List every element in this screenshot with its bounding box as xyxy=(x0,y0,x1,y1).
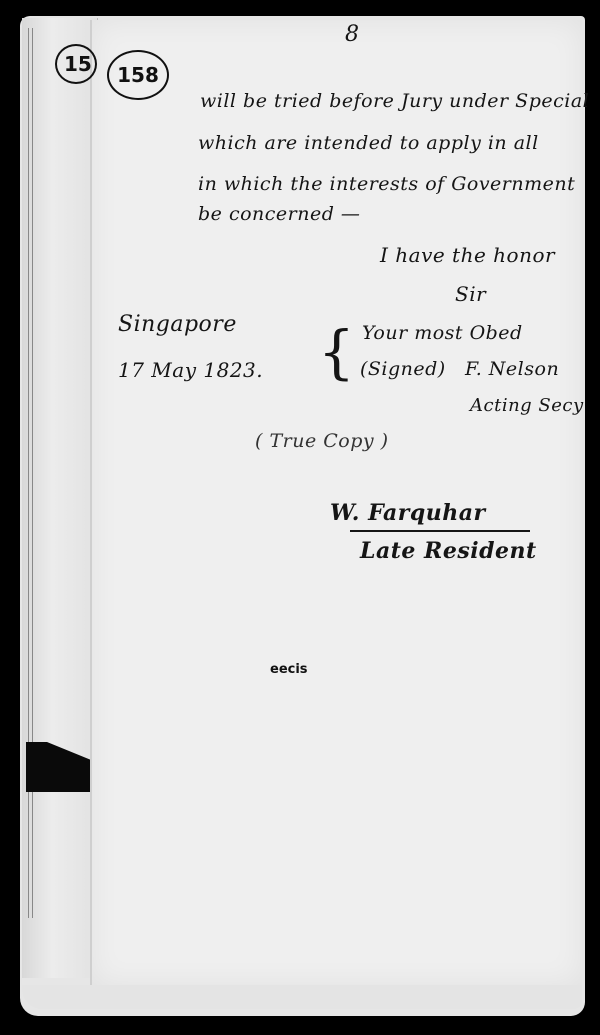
body-line-2: which are intended to apply in all xyxy=(198,132,539,154)
closing-honor: I have the honor xyxy=(380,243,555,267)
signed-label: (Signed) xyxy=(360,358,446,380)
attestation-signature: W. Farquhar xyxy=(330,500,486,526)
folio-number-front: 158 xyxy=(107,50,169,100)
signatory-name: F. Nelson xyxy=(465,358,559,380)
true-copy-note: ( True Copy ) xyxy=(255,430,389,452)
body-line-1: will be tried before Jury under Special xyxy=(200,90,589,112)
bottom-page-edge xyxy=(22,985,582,1009)
folio-number-back: 15 xyxy=(55,44,97,84)
signature-underline xyxy=(350,530,530,532)
body-line-4: be concerned — xyxy=(198,203,360,225)
body-line-3: in which the interests of Government xyxy=(198,173,575,195)
signatory-title: Acting Secy xyxy=(470,395,584,416)
closing-obedient: Your most Obed xyxy=(362,322,523,344)
stray-ink-mark: eecis xyxy=(270,662,308,677)
date: 17 May 1823. xyxy=(118,358,263,382)
place: Singapore xyxy=(118,312,237,337)
top-ink-mark: 8 xyxy=(345,22,360,47)
brace: { xyxy=(318,318,355,386)
closing-sir: Sir xyxy=(455,282,486,306)
back-leaf xyxy=(22,18,98,978)
attestation-role: Late Resident xyxy=(360,538,537,564)
